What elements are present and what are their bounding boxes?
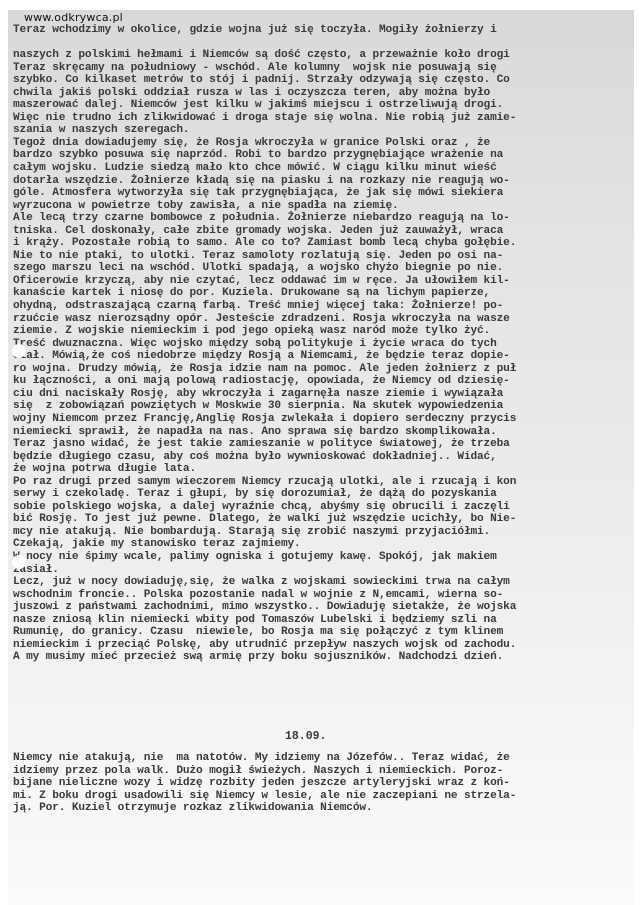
text-line: tniska. Cel doskonały, całe zbite gromad… xyxy=(13,225,633,238)
text-line: niemieckim i przeciąć Polskę, aby utrudn… xyxy=(13,639,633,652)
text-line: ohydną, odstraszającą czarną farbą. Treś… xyxy=(13,300,633,313)
text-line: dotarła wszędzie. Żołnierze kładą się na… xyxy=(13,175,633,188)
text-line: szego marszu leci na wschód. Ulotki spad… xyxy=(13,262,633,275)
punch-hole xyxy=(12,344,26,358)
text-line: naszych z polskimi hełmami i Niemców są … xyxy=(13,49,633,62)
diary-text-section-1: Teraz wchodzimy w okolice, gdzie wojna j… xyxy=(13,24,633,664)
text-line: szybko. Co kilkaset metrów to stój i pad… xyxy=(13,74,633,87)
text-line: ciu dni naciskały Rosję, aby wkroczyła i… xyxy=(13,388,633,401)
text-line: ro wojna. Drudzy mówią, że Rosja idzie n… xyxy=(13,363,633,376)
text-line: juszowi z państwami zachodnimi, mimo wsz… xyxy=(13,601,633,614)
punch-hole xyxy=(12,555,26,569)
text-line: niemiecki sprawił, że napadła na nas. An… xyxy=(13,426,633,439)
text-line: góle. Atmosfera wytworzyła się tak przyg… xyxy=(13,187,633,200)
text-line: Teraz skręcamy na południowy - wschód. A… xyxy=(13,62,633,75)
text-line: W nocy nie śpimy wcale, palimy ogniska i… xyxy=(13,551,633,564)
text-line: kanaście kartek i niosę do por. Kuziela.… xyxy=(13,287,633,300)
text-line xyxy=(13,37,633,50)
text-line: bić Rosję. To jest już pewne. Dlatego, ż… xyxy=(13,513,633,526)
text-line: ku łączności, a oni mają polową radiosta… xyxy=(13,375,633,388)
text-line: sobie polskiego wojska, a dalej wyraźnie… xyxy=(13,501,633,514)
text-line: Ale lecą trzy czarne bombowce z południa… xyxy=(13,212,633,225)
text-line: Nie to nie ptaki, to ulotki. Teraz samol… xyxy=(13,250,633,263)
text-line: szania w naszych szeregach. xyxy=(13,124,633,137)
text-line: Lecz, już w nocy dowiaduję,się, że walka… xyxy=(13,576,633,589)
text-line: chwila jakiś polski oddział rusza w las … xyxy=(13,87,633,100)
text-line: ciał. Mówią,że coś niedobrze między Rosj… xyxy=(13,350,633,363)
text-line: się z zobowiązań powziętych w Moskwie 30… xyxy=(13,400,633,413)
text-line: Treść dwuznaczna. Więc wojsko między sob… xyxy=(13,338,633,351)
text-line: A my musimy mieć przecież swą armię przy… xyxy=(13,651,633,664)
text-line: Po raz drugi przed samym wieczorem Niemc… xyxy=(13,476,633,489)
text-line: i krąży. Pozostałe robią to samo. Ale co… xyxy=(13,237,633,250)
text-line: rzućcie wasz nierozsądny opór. Jesteście… xyxy=(13,313,633,326)
text-line: całym wojsku. Ludzie siedzą mało kto chc… xyxy=(13,162,633,175)
diary-text-section-2: Niemcy nie atakują, nie ma natotów. My i… xyxy=(13,752,633,815)
text-line: Tegoż dnia dowiadujemy się, że Rosja wkr… xyxy=(13,137,633,150)
text-line: idziemy przez pola walk. Dużo mogił świe… xyxy=(13,765,633,778)
watermark: www.odkrywca.pl xyxy=(24,11,123,24)
text-line: Więc nie trudno ich zlikwidować i droga … xyxy=(13,112,633,125)
text-line: wojny Niemcom przez Francję,Anglię Rosja… xyxy=(13,413,633,426)
text-line: będzie długiego czasu, aby coś można był… xyxy=(13,451,633,464)
text-line: Czekają, jakie my stanowisko teraz zajmi… xyxy=(13,538,633,551)
text-line: ziemie. Z wojskie niemieckim i pod jego … xyxy=(13,325,633,338)
text-line: bardzo szybko posuwa się naprzód. Robi t… xyxy=(13,149,633,162)
text-line: mcy nie atakują. Nie bombardują. Starają… xyxy=(13,526,633,539)
text-line: Rumunię, do granicy. Czasu niewiele, bo … xyxy=(13,626,633,639)
text-line: Niemcy nie atakują, nie ma natotów. My i… xyxy=(13,752,633,765)
text-line: nasze zniosą klin niemiecki wbity pod To… xyxy=(13,614,633,627)
text-line: bijane nieliczne wozy i widzę rozbity je… xyxy=(13,777,633,790)
text-line: maszerować dalej. Niemców jest kilku w j… xyxy=(13,99,633,112)
text-line: wschodnim froncie.. Polska pozostanie na… xyxy=(13,589,633,602)
text-line: zasiał. xyxy=(13,564,633,577)
text-line: ją. Por. Kuziel otrzymuje rozkaz zlikwid… xyxy=(13,802,633,815)
date-heading: 18.09. xyxy=(285,730,326,743)
text-line: wyrzucona w powietrze toby zawisła, a ni… xyxy=(13,200,633,213)
text-line: że wojna potrwa długie lata. xyxy=(13,463,633,476)
text-line: serwy i czekoladę. Teraz i głupi, by się… xyxy=(13,488,633,501)
text-line: Teraz wchodzimy w okolice, gdzie wojna j… xyxy=(13,24,633,37)
text-line: Teraz jasno widać, że jest takie zamiesz… xyxy=(13,438,633,451)
text-line: mi. Z boku drogi usadowili się Niemcy w … xyxy=(13,790,633,803)
text-line: Oficerowie krzyczą, aby nie czytać, lecz… xyxy=(13,275,633,288)
